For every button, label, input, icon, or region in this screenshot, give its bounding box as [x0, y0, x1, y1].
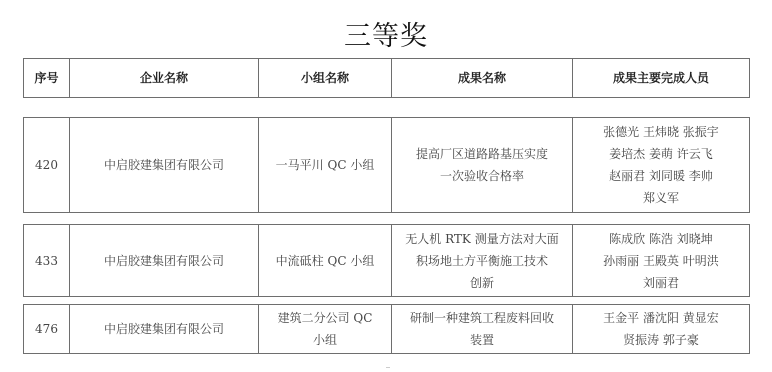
- row-company: 中启胶建集团有限公司: [70, 305, 259, 354]
- row-achievement: 无人机 RTK 测量方法对大面 积场地土方平衡施工技术 创新: [392, 225, 573, 297]
- row-members: 陈成欣 陈浩 刘晓坤 孙雨丽 王殿英 叶明洪 刘丽君: [573, 225, 750, 297]
- achievement-line: 无人机 RTK 测量方法对大面: [398, 228, 566, 250]
- row-index: 433: [24, 225, 70, 297]
- header-index: 序号: [24, 59, 70, 98]
- group-line: 小组: [265, 329, 385, 351]
- members-line: 张德光 王炜晓 张振宇: [579, 121, 743, 143]
- table-row: 420 中启胶建集团有限公司 一马平川 QC 小组 提高厂区道路路基压实度 一次…: [23, 117, 750, 213]
- row-group: 一马平川 QC 小组: [259, 118, 392, 213]
- row-group: 中流砥柱 QC 小组: [259, 225, 392, 297]
- members-line: 姜培杰 姜萌 许云飞: [579, 143, 743, 165]
- header-group: 小组名称: [259, 59, 392, 98]
- achievement-line: 一次验收合格率: [398, 165, 566, 187]
- row-achievement: 研制一种建筑工程废料回收 装置: [392, 305, 573, 354]
- row-members: 张德光 王炜晓 张振宇 姜培杰 姜萌 许云飞 赵丽君 刘同暖 李帅 郑义军: [573, 118, 750, 213]
- row-achievement: 提高厂区道路路基压实度 一次验收合格率: [392, 118, 573, 213]
- table-row: 433 中启胶建集团有限公司 中流砥柱 QC 小组 无人机 RTK 测量方法对大…: [23, 224, 750, 297]
- table-header: 序号 企业名称 小组名称 成果名称 成果主要完成人员: [23, 58, 750, 98]
- members-line: 贤振涛 郭子豪: [579, 329, 743, 351]
- members-line: 刘丽君: [579, 272, 743, 294]
- members-line: 王金平 潘沈阳 黄显宏: [579, 307, 743, 329]
- members-line: 郑义军: [579, 187, 743, 209]
- achievement-line: 研制一种建筑工程废料回收: [398, 307, 566, 329]
- achievement-line: 积场地土方平衡施工技术: [398, 250, 566, 272]
- header-members: 成果主要完成人员: [573, 59, 750, 98]
- row-company: 中启胶建集团有限公司: [70, 118, 259, 213]
- achievement-line: 提高厂区道路路基压实度: [398, 143, 566, 165]
- header-achievement: 成果名称: [392, 59, 573, 98]
- row-index: 420: [24, 118, 70, 213]
- row-group: 建筑二分公司 QC 小组: [259, 305, 392, 354]
- scan-artifact: [386, 367, 390, 368]
- members-line: 陈成欣 陈浩 刘晓坤: [579, 228, 743, 250]
- table-row: 476 中启胶建集团有限公司 建筑二分公司 QC 小组 研制一种建筑工程废料回收…: [23, 304, 750, 354]
- group-line: 建筑二分公司 QC: [265, 307, 385, 329]
- row-company: 中启胶建集团有限公司: [70, 225, 259, 297]
- achievement-line: 创新: [398, 272, 566, 294]
- row-index: 476: [24, 305, 70, 354]
- members-line: 赵丽君 刘同暖 李帅: [579, 165, 743, 187]
- members-line: 孙雨丽 王殿英 叶明洪: [579, 250, 743, 272]
- achievement-line: 装置: [398, 329, 566, 351]
- row-members: 王金平 潘沈阳 黄显宏 贤振涛 郭子豪: [573, 305, 750, 354]
- header-company: 企业名称: [70, 59, 259, 98]
- page-title: 三等奖: [0, 14, 772, 53]
